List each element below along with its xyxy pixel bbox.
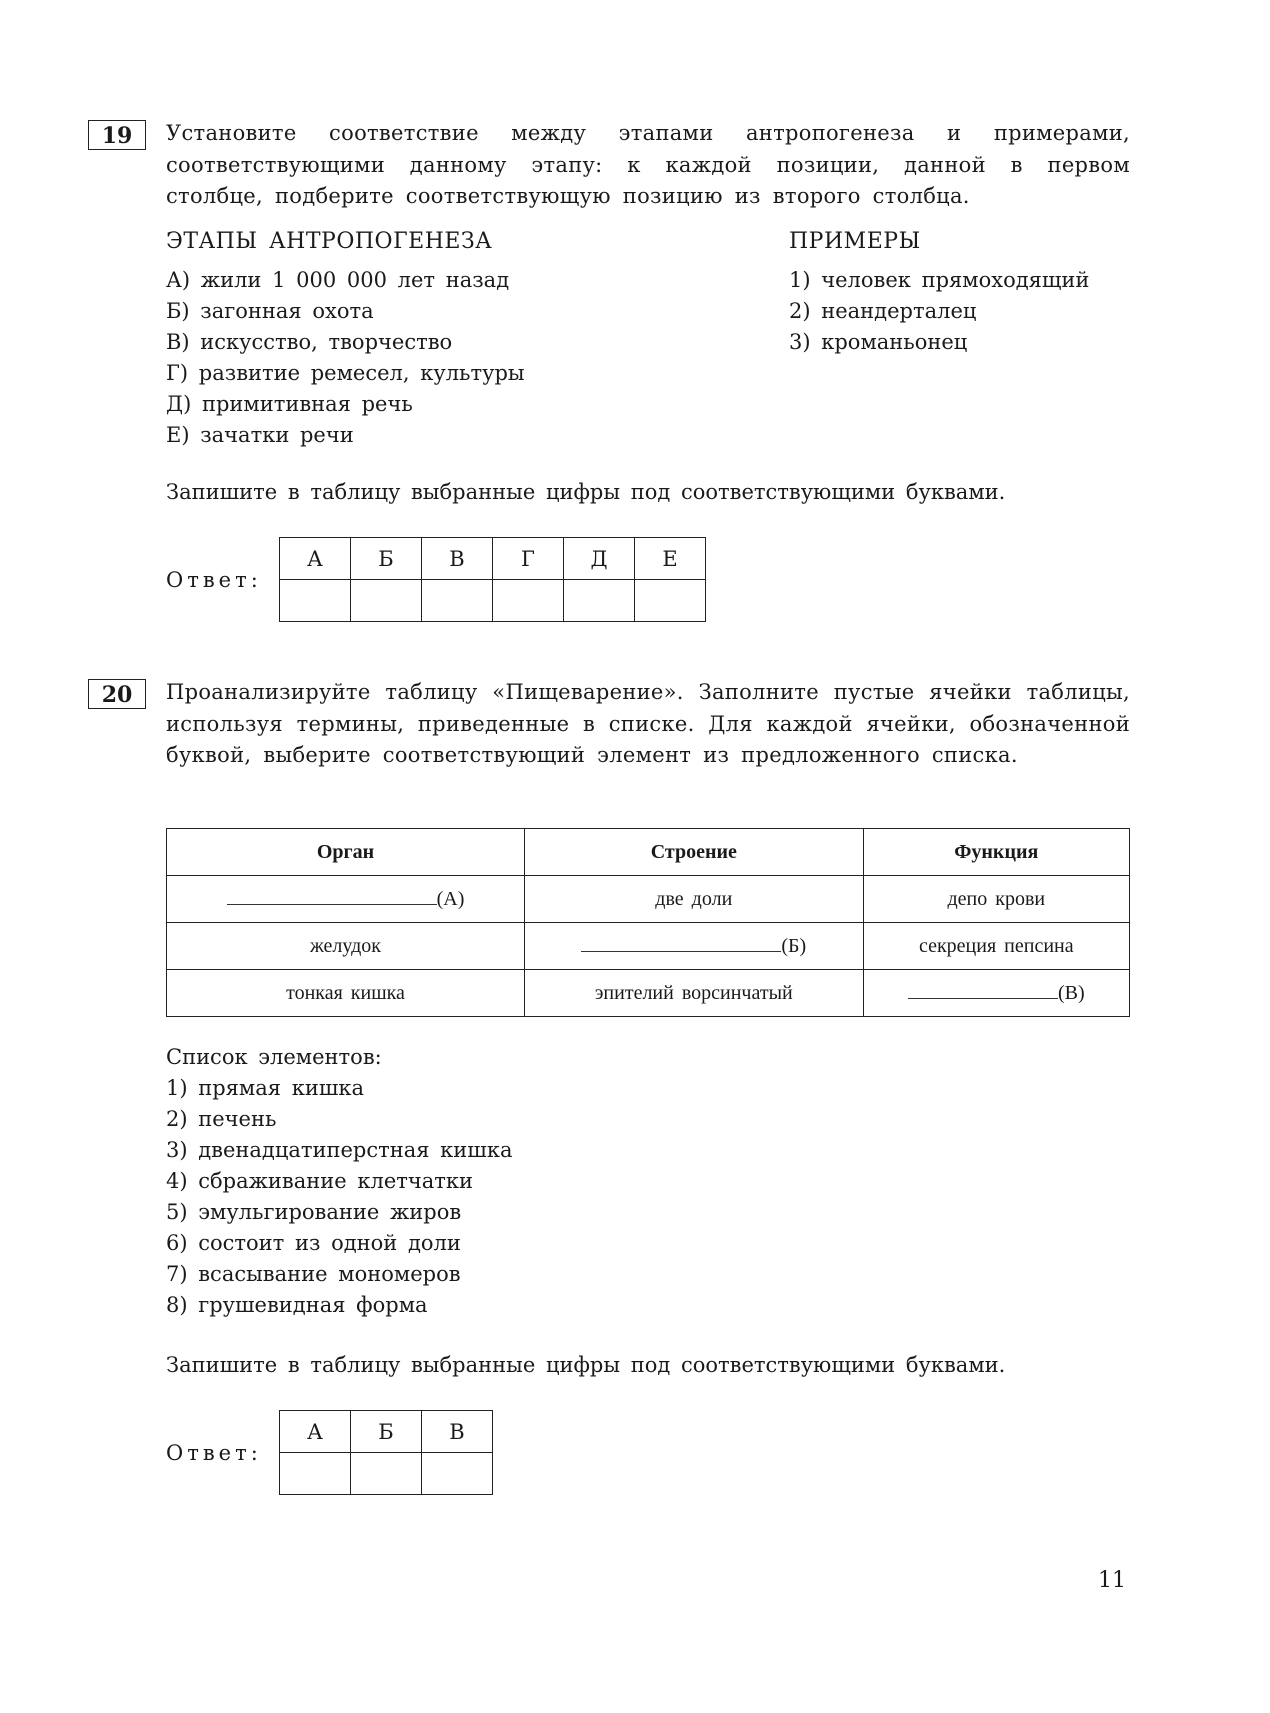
- list-item: 5) эмульгирование жиров: [166, 1197, 461, 1228]
- blank-cell-a[interactable]: (А): [167, 876, 525, 923]
- table-cell: две доли: [525, 876, 864, 923]
- cell-label: (Б): [781, 935, 806, 957]
- examples-header: ПРИМЕРЫ: [789, 226, 921, 257]
- table-cell: тонкая кишка: [167, 970, 525, 1017]
- digestion-table: Орган Строение Функция (А) две доли депо…: [166, 828, 1130, 1017]
- column-header-organ: Орган: [167, 829, 525, 876]
- answer-cell[interactable]: [280, 580, 351, 622]
- list-item: 6) состоит из одной доли: [166, 1228, 461, 1259]
- blank-cell-v[interactable]: (В): [863, 970, 1129, 1017]
- q19-answer-table: А Б В Г Д Е: [279, 537, 706, 622]
- stage-item: Д) примитивная речь: [166, 389, 413, 420]
- example-item: 1) человек прямоходящий: [789, 265, 1089, 296]
- answer-cell[interactable]: [351, 1453, 422, 1495]
- q19-answer-label: Ответ:: [166, 568, 262, 592]
- list-item: 2) печень: [166, 1104, 276, 1135]
- list-item: 1) прямая кишка: [166, 1073, 364, 1104]
- stages-header: ЭТАПЫ АНТРОПОГЕНЕЗА: [166, 226, 492, 257]
- answer-letter: Г: [493, 538, 564, 580]
- table-cell: секреция пепсина: [863, 923, 1129, 970]
- answer-cell[interactable]: [280, 1453, 351, 1495]
- stage-item: Б) загонная охота: [166, 296, 374, 327]
- example-item: 2) неандерталец: [789, 296, 976, 327]
- list-item: 4) сбраживание клетчатки: [166, 1166, 473, 1197]
- answer-cell[interactable]: [493, 580, 564, 622]
- list-item: 3) двенадцатиперстная кишка: [166, 1135, 512, 1166]
- q20-answer-table: А Б В: [279, 1410, 493, 1495]
- answer-letter: А: [280, 1411, 351, 1453]
- example-item: 3) кроманьонец: [789, 327, 967, 358]
- answer-cell[interactable]: [422, 580, 493, 622]
- table-row: (А) две доли депо крови: [167, 876, 1130, 923]
- blank-line: [227, 903, 437, 905]
- question-number-19: 19: [88, 120, 146, 150]
- page-number: 11: [1098, 1568, 1126, 1593]
- answer-letter: В: [422, 538, 493, 580]
- stage-item: А) жили 1 000 000 лет назад: [166, 265, 509, 296]
- answer-cell[interactable]: [635, 580, 706, 622]
- table-row: желудок (Б) секреция пепсина: [167, 923, 1130, 970]
- list-item: 7) всасывание мономеров: [166, 1259, 461, 1290]
- answer-cell[interactable]: [422, 1453, 493, 1495]
- list-item: 8) грушевидная форма: [166, 1290, 428, 1321]
- list-title: Список элементов:: [166, 1042, 382, 1073]
- answer-letter: В: [422, 1411, 493, 1453]
- question-20-text: Проанализируйте таблицу «Пищеварение». З…: [166, 677, 1130, 772]
- q20-instruction: Запишите в таблицу выбранные цифры под с…: [166, 1350, 1005, 1381]
- table-row: тонкая кишка эпителий ворсинчатый (В): [167, 970, 1130, 1017]
- q20-answer-label: Ответ:: [166, 1441, 262, 1465]
- answer-letter: А: [280, 538, 351, 580]
- blank-line: [908, 997, 1058, 999]
- blank-cell-b[interactable]: (Б): [525, 923, 864, 970]
- answer-letter: Б: [351, 538, 422, 580]
- column-header-function: Функция: [863, 829, 1129, 876]
- table-cell: желудок: [167, 923, 525, 970]
- stage-item: Е) зачатки речи: [166, 420, 354, 451]
- column-header-structure: Строение: [525, 829, 864, 876]
- q19-instruction: Запишите в таблицу выбранные цифры под с…: [166, 477, 1005, 508]
- cell-label: (В): [1058, 982, 1085, 1004]
- cell-label: (А): [437, 888, 465, 910]
- stage-item: Г) развитие ремесел, культуры: [166, 358, 525, 389]
- question-19-text: Установите соответствие между этапами ан…: [166, 118, 1130, 213]
- answer-letter: Д: [564, 538, 635, 580]
- table-cell: эпителий ворсинчатый: [525, 970, 864, 1017]
- stage-item: В) искусство, творчество: [166, 327, 452, 358]
- answer-cell[interactable]: [351, 580, 422, 622]
- answer-cell[interactable]: [564, 580, 635, 622]
- blank-line: [581, 950, 781, 952]
- table-cell: депо крови: [863, 876, 1129, 923]
- answer-letter: Е: [635, 538, 706, 580]
- question-number-20: 20: [88, 679, 146, 709]
- answer-letter: Б: [351, 1411, 422, 1453]
